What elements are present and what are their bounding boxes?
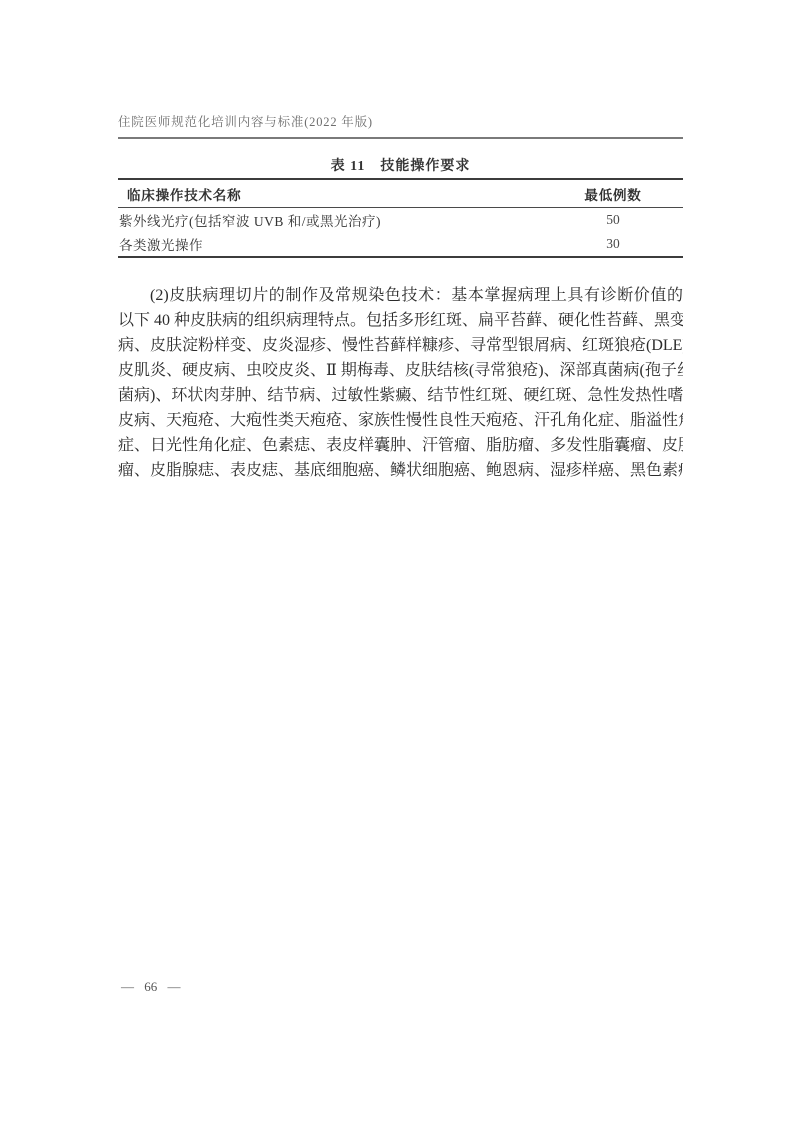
- paragraph-line: 以下 40 种皮肤病的组织病理特点。包括多形红斑、扁平苔藓、硬化性苔藓、黑变: [118, 308, 683, 333]
- header-rule: [118, 137, 683, 139]
- paragraph-line: 皮肌炎、硬皮病、虫咬皮炎、Ⅱ 期梅毒、皮肤结核(寻常狼疮)、深部真菌病(孢子丝: [118, 358, 683, 383]
- skills-table: 临床操作技术名称 最低例数 紫外线光疗(包括窄波 UVB 和/或黑光治疗) 50…: [118, 178, 683, 258]
- cell-min-cases: 30: [543, 236, 683, 252]
- column-header-operation-name: 临床操作技术名称: [118, 184, 543, 204]
- table-header-row: 临床操作技术名称 最低例数: [118, 180, 683, 208]
- page-number: — 66 —: [121, 979, 181, 995]
- paragraph-line: (2)皮肤病理切片的制作及常规染色技术：基本掌握病理上具有诊断价值的: [118, 283, 683, 308]
- column-header-min-cases: 最低例数: [543, 184, 683, 204]
- paragraph-line: 瘤、皮脂腺痣、表皮痣、基底细胞癌、鳞状细胞癌、鲍恩病、湿疹样癌、黑色素瘤。: [118, 458, 683, 483]
- paragraph-line: 菌病)、环状肉芽肿、结节病、过敏性紫癜、结节性红斑、硬红斑、急性发热性嗜中性: [118, 383, 683, 408]
- paragraph-line: 皮病、天疱疮、大疱性类天疱疮、家族性慢性良性天疱疮、汗孔角化症、脂溢性角化: [118, 408, 683, 433]
- table-row: 各类激光操作 30: [118, 232, 683, 256]
- cell-operation-name: 各类激光操作: [118, 234, 543, 254]
- running-header: 住院医师规范化培训内容与标准(2022 年版): [118, 112, 683, 130]
- cell-operation-name: 紫外线光疗(包括窄波 UVB 和/或黑光治疗): [118, 210, 543, 230]
- cell-min-cases: 50: [543, 212, 683, 228]
- table-row: 紫外线光疗(包括窄波 UVB 和/或黑光治疗) 50: [118, 208, 683, 232]
- paragraph-line: 病、皮肤淀粉样变、皮炎湿疹、慢性苔藓样糠疹、寻常型银屑病、红斑狼疮(DLE)、: [118, 333, 683, 358]
- table-title: 表 11 技能操作要求: [118, 155, 683, 175]
- paragraph-line: 症、日光性角化症、色素痣、表皮样囊肿、汗管瘤、脂肪瘤、多发性脂囊瘤、皮肤纤维: [118, 433, 683, 458]
- document-page: 住院医师规范化培训内容与标准(2022 年版) 表 11 技能操作要求 临床操作…: [0, 0, 800, 1131]
- body-paragraph: (2)皮肤病理切片的制作及常规染色技术：基本掌握病理上具有诊断价值的 以下 40…: [118, 283, 683, 483]
